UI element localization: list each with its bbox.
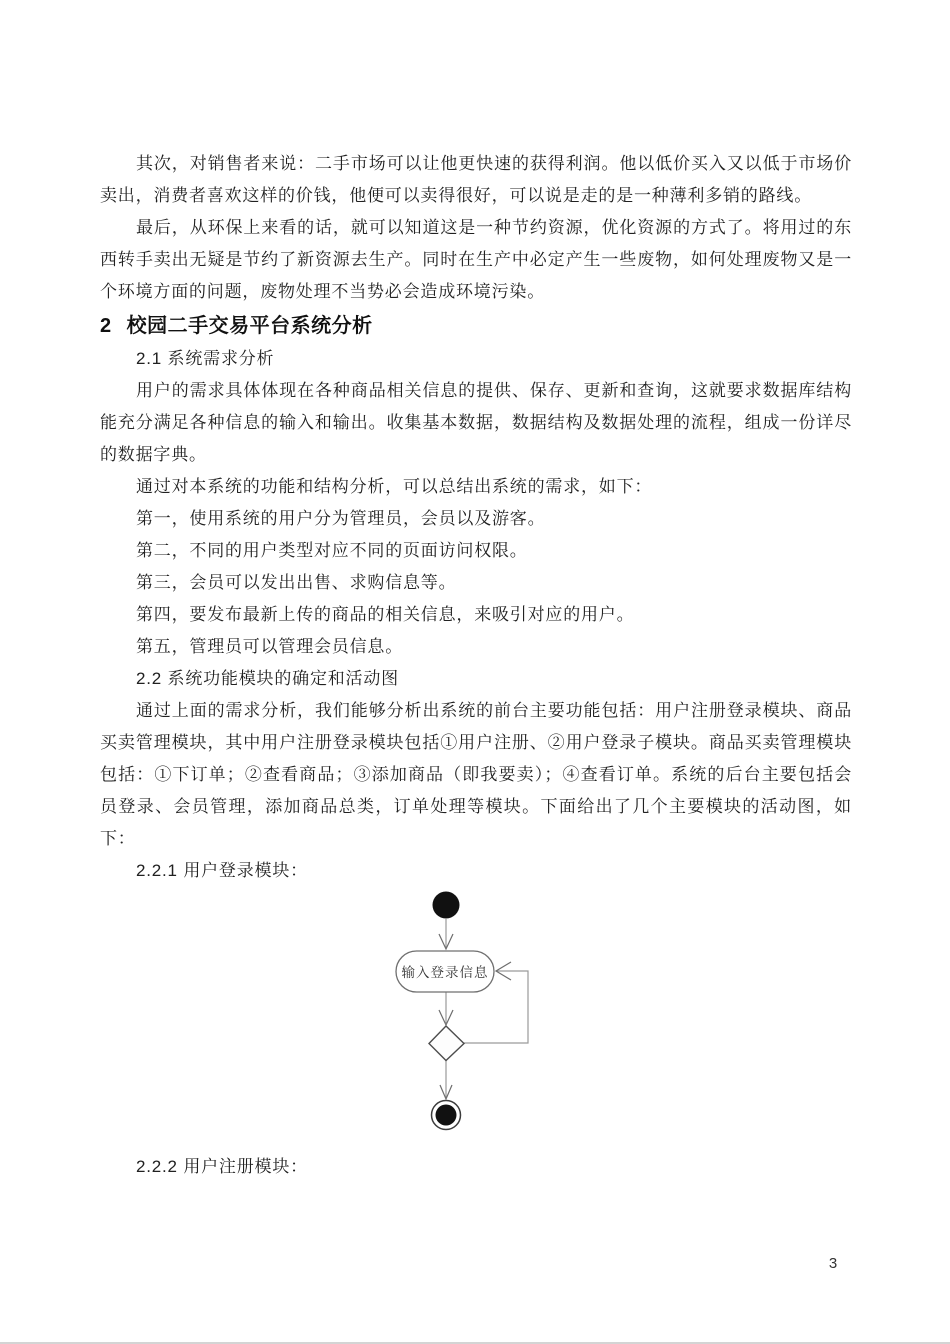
requirement-item: 第一，使用系统的用户分为管理员，会员以及游客。: [100, 503, 852, 535]
subsection-21-heading: 2.1 系统需求分析: [100, 343, 852, 375]
subsection-221-heading: 2.2.1 用户登录模块：: [100, 855, 852, 887]
requirement-item: 第二，不同的用户类型对应不同的页面访问权限。: [100, 535, 852, 567]
end-node-icon: [436, 1105, 457, 1126]
requirement-item: 第四，要发布最新上传的商品的相关信息，来吸引对应的用户。: [100, 599, 852, 631]
requirements-lead-line: 通过对本系统的功能和结构分析，可以总结出系统的需求，如下：: [100, 471, 852, 503]
page-number: 3: [820, 1255, 846, 1272]
document-page: 其次，对销售者来说：二手市场可以让他更快速的获得利润。他以低价买入又以低于市场价…: [0, 0, 950, 1344]
action-node-label: 输入登录信息: [402, 964, 489, 980]
start-node-icon: [433, 892, 460, 919]
section-title: 校园二手交易平台系统分析: [127, 315, 373, 337]
document-content: 其次，对销售者来说：二手市场可以让他更快速的获得利润。他以低价买入又以低于市场价…: [100, 148, 852, 1183]
subsection-222-heading: 2.2.2 用户注册模块：: [100, 1151, 852, 1183]
paragraph-sellers: 其次，对销售者来说：二手市场可以让他更快速的获得利润。他以低价买入又以低于市场价…: [100, 148, 852, 212]
subsection-22-heading: 2.2 系统功能模块的确定和活动图: [100, 663, 852, 695]
requirement-item: 第三，会员可以发出出售、求购信息等。: [100, 567, 852, 599]
section-heading: 2校园二手交易平台系统分析: [100, 309, 852, 343]
section-number: 2: [100, 315, 112, 337]
paragraph-environment: 最后，从环保上来看的话，就可以知道这是一种节约资源，优化资源的方式了。将用过的东…: [100, 212, 852, 308]
requirement-item: 第五，管理员可以管理会员信息。: [100, 631, 852, 663]
activity-diagram-svg: 输入登录信息: [370, 889, 548, 1135]
paragraph-modules: 通过上面的需求分析，我们能够分析出系统的前台主要功能包括：用户注册登录模块、商品…: [100, 695, 852, 855]
paragraph-requirements-intro: 用户的需求具体体现在各种商品相关信息的提供、保存、更新和查询，这就要求数据库结构…: [100, 375, 852, 471]
login-activity-diagram: 输入登录信息: [370, 889, 548, 1135]
decision-node-icon: [429, 1026, 464, 1061]
